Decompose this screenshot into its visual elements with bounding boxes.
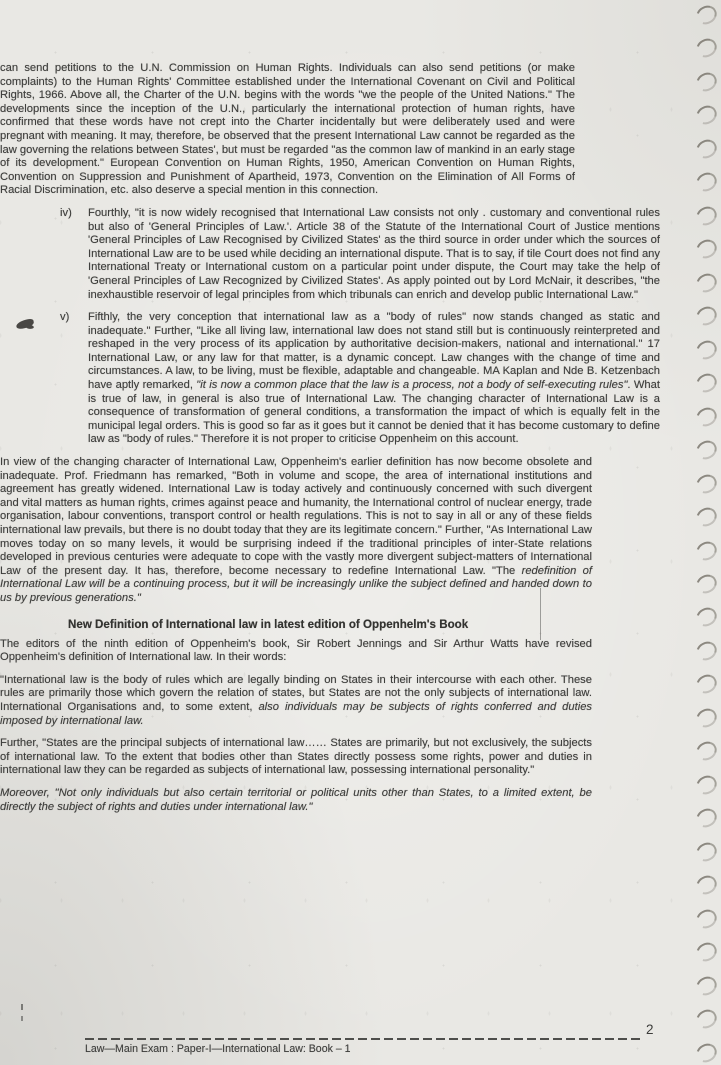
quoted-phrase: "it is now a common place that the law i… <box>196 379 627 391</box>
quoted-phrase: Moreover, "Not only individuals but also… <box>0 787 592 813</box>
binding-ring-icon <box>693 638 720 664</box>
page-content: can send petitions to the U.N. Commissio… <box>0 62 721 823</box>
binding-ring-icon <box>693 404 720 430</box>
binding-ring-icon <box>693 471 720 497</box>
paragraph: In view of the changing character of Int… <box>0 456 592 606</box>
list-marker: iv) <box>60 207 88 302</box>
binding-ring-icon <box>693 671 720 697</box>
binding-ring-icon <box>693 605 720 631</box>
binding-ring-icon <box>693 69 720 95</box>
paragraph-continuation: can send petitions to the U.N. Commissio… <box>0 62 575 198</box>
binding-ring-icon <box>693 236 720 262</box>
paragraph: Fifthly, the very conception that intern… <box>88 311 660 447</box>
binding-ring-icon <box>693 303 720 329</box>
binding-ring-icon <box>693 270 720 296</box>
binding-ring-icon <box>693 571 720 597</box>
list-item-v: v) Fifthly, the very conception that int… <box>60 311 660 447</box>
list-marker: v) <box>60 311 88 447</box>
binding-ring-icon <box>693 906 720 932</box>
scan-artifact-line <box>540 588 541 640</box>
paragraph: "International law is the body of rules … <box>0 674 592 728</box>
binding-ring-icon <box>693 738 720 764</box>
paragraph: The editors of the ninth edition of Oppe… <box>0 638 592 665</box>
binding-ring-icon <box>693 203 720 229</box>
binding-ring-icon <box>693 705 720 731</box>
binding-ring-icon <box>693 136 720 162</box>
binding-ring-icon <box>693 370 720 396</box>
binding-ring-icon <box>693 103 720 129</box>
binding-ring-icon <box>693 169 720 195</box>
binding-ring-icon <box>693 939 720 965</box>
scanned-document-page: can send petitions to the U.N. Commissio… <box>0 0 721 1065</box>
paragraph: Moreover, "Not only individuals but also… <box>0 787 592 814</box>
binding-ring-icon <box>693 538 720 564</box>
binding-ring-icon <box>693 504 720 530</box>
binding-ring-icon <box>693 772 720 798</box>
binding-ring-icon <box>693 437 720 463</box>
binding-ring-icon <box>693 839 720 865</box>
page-number: 2 <box>646 1022 654 1037</box>
binding-ring-icon <box>693 36 720 62</box>
spiral-binding <box>693 6 719 1062</box>
margin-mark <box>21 1016 23 1021</box>
footer-label: Law—Main Exam : Paper-I—International La… <box>85 1043 351 1055</box>
section-heading: New Definition of International law in l… <box>68 618 660 631</box>
paragraph: Fourthly, "it is now widely recognised t… <box>88 207 660 302</box>
binding-ring-icon <box>693 973 720 999</box>
margin-mark <box>21 1004 23 1010</box>
binding-ring-icon <box>693 1006 720 1032</box>
paragraph-text: In view of the changing character of Int… <box>0 456 592 577</box>
binding-ring-icon <box>693 872 720 898</box>
binding-ring-icon <box>693 1040 720 1065</box>
binding-ring-icon <box>693 2 720 28</box>
binding-ring-icon <box>693 805 720 831</box>
list-item-iv: iv) Fourthly, "it is now widely recognis… <box>60 207 660 302</box>
paragraph: Further, "States are the principal subje… <box>0 737 592 778</box>
footer-divider <box>85 1038 641 1040</box>
binding-ring-icon <box>693 337 720 363</box>
